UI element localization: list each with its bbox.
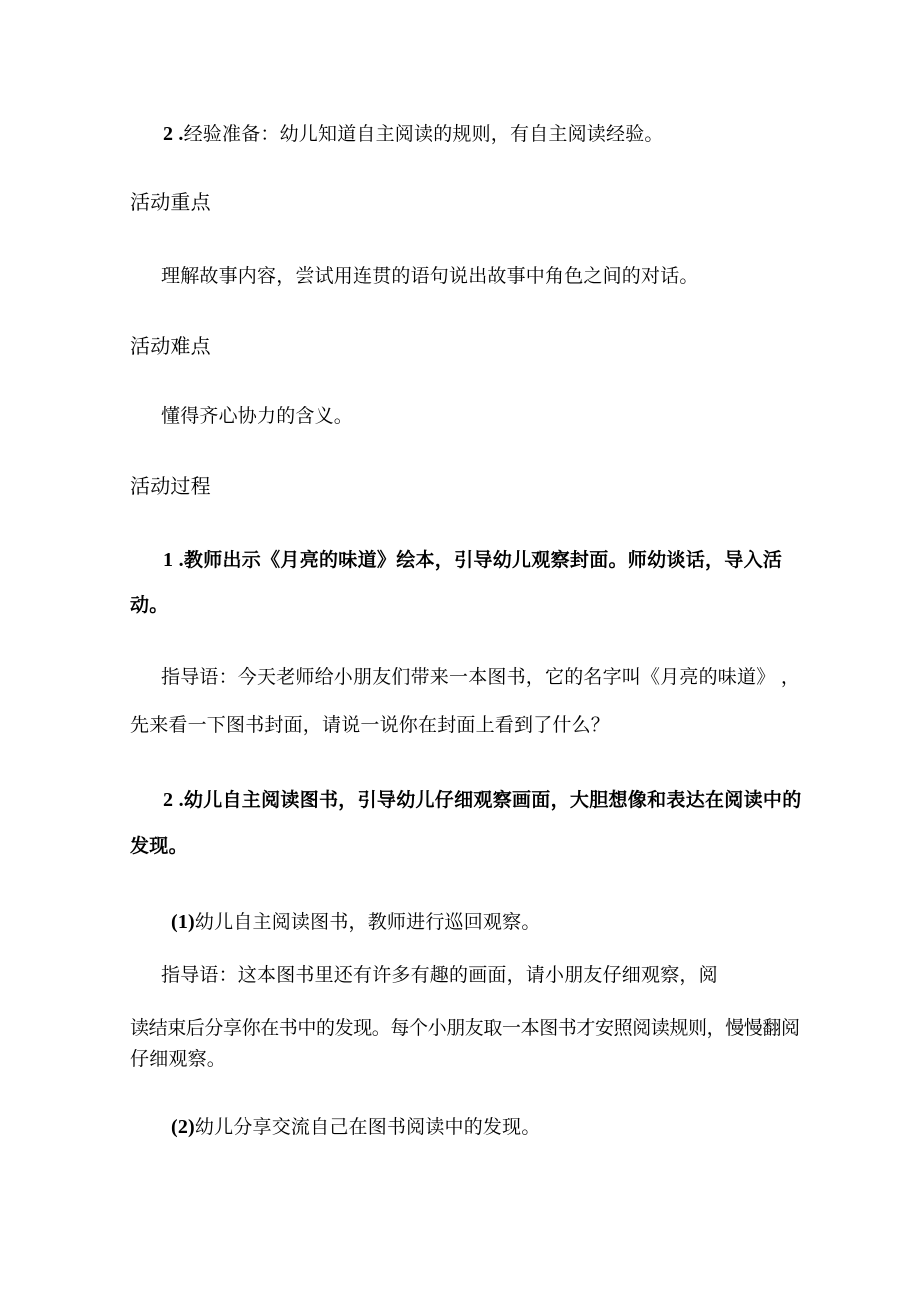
heading-activity-process: 活动过程 (130, 474, 211, 500)
heading-activity-difficulty: 活动难点 (130, 334, 211, 360)
guide-2-line-1: 指导语：这本图书里还有许多有趣的画面，请小朋友仔细观察，阅 (161, 963, 718, 989)
item-number: 2 . (163, 123, 184, 145)
line-text: 教师出示《月亮的味道》绘本，引导幼儿观察封面。师幼谈话，导入活 (184, 550, 782, 571)
item-number: (1) (171, 911, 195, 933)
line-text: 经验准备：幼儿知道自主阅读的规则，有自主阅读经验。 (184, 124, 664, 145)
item-number: (2) (171, 1116, 195, 1138)
point-experience-preparation: 2 .经验准备：幼儿知道自主阅读的规则，有自主阅读经验。 (163, 121, 664, 148)
line-text: 理解故事内容，尝试用连贯的语句说出故事中角色之间的对话。 (161, 266, 699, 287)
text-activity-key-point: 理解故事内容，尝试用连贯的语句说出故事中角色之间的对话。 (161, 264, 699, 290)
heading-text: 活动过程 (130, 476, 211, 498)
line-text: 幼儿自主阅读图书，引导幼儿仔细观察画面，大胆想像和表达在阅读中的 (184, 790, 802, 811)
heading-text: 活动难点 (130, 336, 211, 358)
line-text: 指导语：这本图书里还有许多有趣的画面，请小朋友仔细观察，阅 (161, 965, 718, 986)
guide-2-line-2: 读结束后分享你在书中的发现。每个小朋友取一本图书才安照阅读规则，慢慢翻阅 (130, 1016, 800, 1042)
line-text: 幼儿分享交流自己在图书阅读中的发现。 (195, 1117, 541, 1138)
line-text: 仔细观察。 (130, 1049, 226, 1070)
step-2-line-2: 发现。 (130, 834, 188, 860)
line-text: 幼儿自主阅读图书，教师进行巡回观察。 (195, 912, 541, 933)
guide-2-line-3: 仔细观察。 (130, 1047, 226, 1073)
line-text: 发现。 (130, 836, 188, 857)
line-text: 懂得齐心协力的含义。 (161, 406, 353, 427)
heading-activity-key-point: 活动重点 (130, 190, 211, 216)
document-page: 2 .经验准备：幼儿知道自主阅读的规则，有自主阅读经验。 活动重点 理解故事内容… (0, 0, 920, 1301)
substep-2: (2)幼儿分享交流自己在图书阅读中的发现。 (171, 1114, 541, 1141)
guide-1-line-2: 先来看一下图书封面，请说一说你在封面上看到了什么？ (130, 713, 610, 739)
step-2-line-1: 2 .幼儿自主阅读图书，引导幼儿仔细观察画面，大胆想像和表达在阅读中的 (163, 787, 802, 814)
item-number: 1 . (163, 549, 184, 571)
line-text: 先来看一下图书封面，请说一说你在封面上看到了什么？ (130, 715, 610, 736)
step-1-line-1: 1 .教师出示《月亮的味道》绘本，引导幼儿观察封面。师幼谈话，导入活 (163, 547, 782, 574)
line-text: 读结束后分享你在书中的发现。每个小朋友取一本图书才安照阅读规则，慢慢翻阅 (130, 1018, 800, 1039)
guide-1-line-1: 指导语：今天老师给小朋友们带来一本图书，它的名字叫《月亮的味道》 ， (161, 665, 800, 691)
text-activity-difficulty: 懂得齐心协力的含义。 (161, 404, 353, 430)
substep-1: (1)幼儿自主阅读图书，教师进行巡回观察。 (171, 909, 541, 936)
line-text: 指导语：今天老师给小朋友们带来一本图书，它的名字叫《月亮的味道》 ， (161, 667, 800, 688)
line-text: 动。 (130, 595, 169, 616)
heading-text: 活动重点 (130, 192, 211, 214)
step-1-line-2: 动。 (130, 593, 169, 619)
item-number: 2 . (163, 789, 184, 811)
